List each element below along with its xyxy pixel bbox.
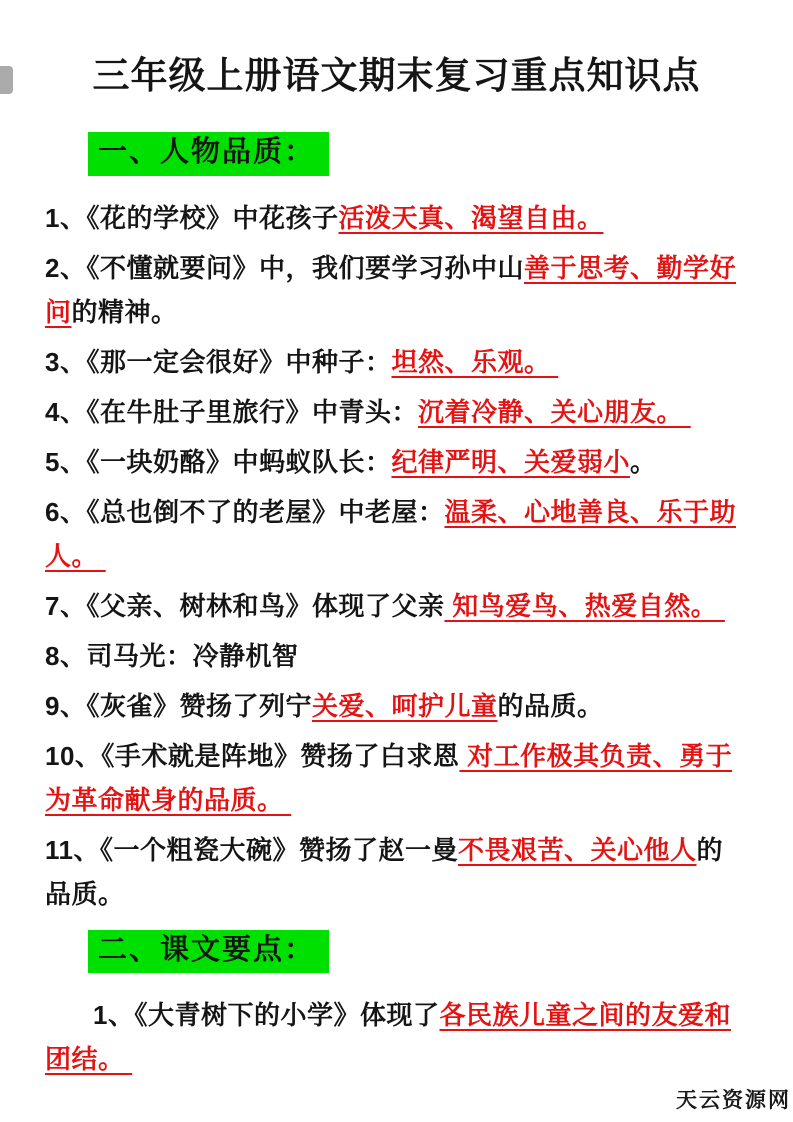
text-segment: 关爱、呵护儿童	[312, 691, 498, 721]
text-segment: 3、《那一定会很好》中种子：	[45, 347, 391, 377]
text-segment: 2、《不懂就要问》中，我们要学习孙中山	[45, 253, 524, 283]
text-segment: 不畏艰苦、关心他人	[458, 835, 697, 865]
text-segment: 的精神。	[72, 297, 178, 327]
watermark: 天云资源网	[676, 1084, 791, 1114]
text-segment: 4、《在牛肚子里旅行》中青头：	[45, 397, 418, 427]
list-item: 6、《总也倒不了的老屋》中老屋：温柔、心地善良、乐于助人。	[45, 490, 749, 578]
scan-artifact	[0, 66, 13, 94]
list-item: 1、《花的学校》中花孩子活泼天真、渴望自由。	[45, 196, 749, 240]
section-character-qualities: 一、人物品质： 1、《花的学校》中花孩子活泼天真、渴望自由。 2、《不懂就要问》…	[0, 126, 793, 915]
section-text-key-points: 二、课文要点： 1、《大青树下的小学》体现了各民族儿童之间的友爱和团结。	[0, 924, 793, 1081]
text-segment: 1、《花的学校》中花孩子	[45, 203, 338, 233]
page-title: 三年级上册语文期末复习重点知识点	[30, 54, 763, 98]
list-item: 10、《手术就是阵地》赞扬了白求恩 对工作极其负责、勇于为革命献身的品质。	[45, 734, 749, 822]
text-segment: 6、《总也倒不了的老屋》中老屋：	[45, 497, 444, 527]
list-item: 9、《灰雀》赞扬了列宁关爱、呵护儿童的品质。	[45, 684, 749, 728]
text-segment: 9、《灰雀》赞扬了列宁	[45, 691, 312, 721]
text-segment: 7、《父亲、树林和鸟》体现了父亲	[45, 591, 444, 621]
list-item: 3、《那一定会很好》中种子：坦然、乐观。	[45, 340, 749, 384]
text-segment: 活泼天真、渴望自由。	[338, 203, 603, 233]
text-segment: 沉着冷静、关心朋友。	[418, 397, 691, 427]
list-item: 8、司马光：冷静机智	[45, 634, 749, 678]
list-item: 7、《父亲、树林和鸟》体现了父亲 知鸟爱鸟、热爱自然。	[45, 584, 749, 628]
list-item: 2、《不懂就要问》中，我们要学习孙中山善于思考、勤学好问的精神。	[45, 246, 749, 334]
text-segment: 的品质。	[497, 691, 603, 721]
text-segment: 5、《一块奶酪》中蚂蚁队长：	[45, 447, 391, 477]
text-segment: 知鸟爱鸟、热爱自然。	[444, 591, 724, 621]
section-heading: 二、课文要点：	[88, 930, 329, 973]
text-segment: 11、《一个粗瓷大碗》赞扬了赵一曼	[45, 835, 458, 865]
text-segment: 纪律严明、关爱弱小	[391, 447, 630, 477]
text-segment: 10、《手术就是阵地》赞扬了白求恩	[45, 741, 459, 771]
text-segment: 8、司马光：冷静机智	[45, 641, 298, 671]
text-segment: 。	[630, 447, 657, 477]
document-page: 三年级上册语文期末复习重点知识点 一、人物品质： 1、《花的学校》中花孩子活泼天…	[0, 0, 793, 1122]
text-segment: 1、《大青树下的小学》体现了	[93, 1000, 439, 1030]
list-item: 1、《大青树下的小学》体现了各民族儿童之间的友爱和团结。	[45, 993, 749, 1081]
list-item: 5、《一块奶酪》中蚂蚁队长：纪律严明、关爱弱小。	[45, 440, 749, 484]
section-heading: 一、人物品质：	[88, 132, 329, 175]
list-item: 11、《一个粗瓷大碗》赞扬了赵一曼不畏艰苦、关心他人的品质。	[45, 828, 749, 916]
list-item: 4、《在牛肚子里旅行》中青头：沉着冷静、关心朋友。	[45, 390, 749, 434]
text-segment: 坦然、乐观。	[391, 347, 558, 377]
